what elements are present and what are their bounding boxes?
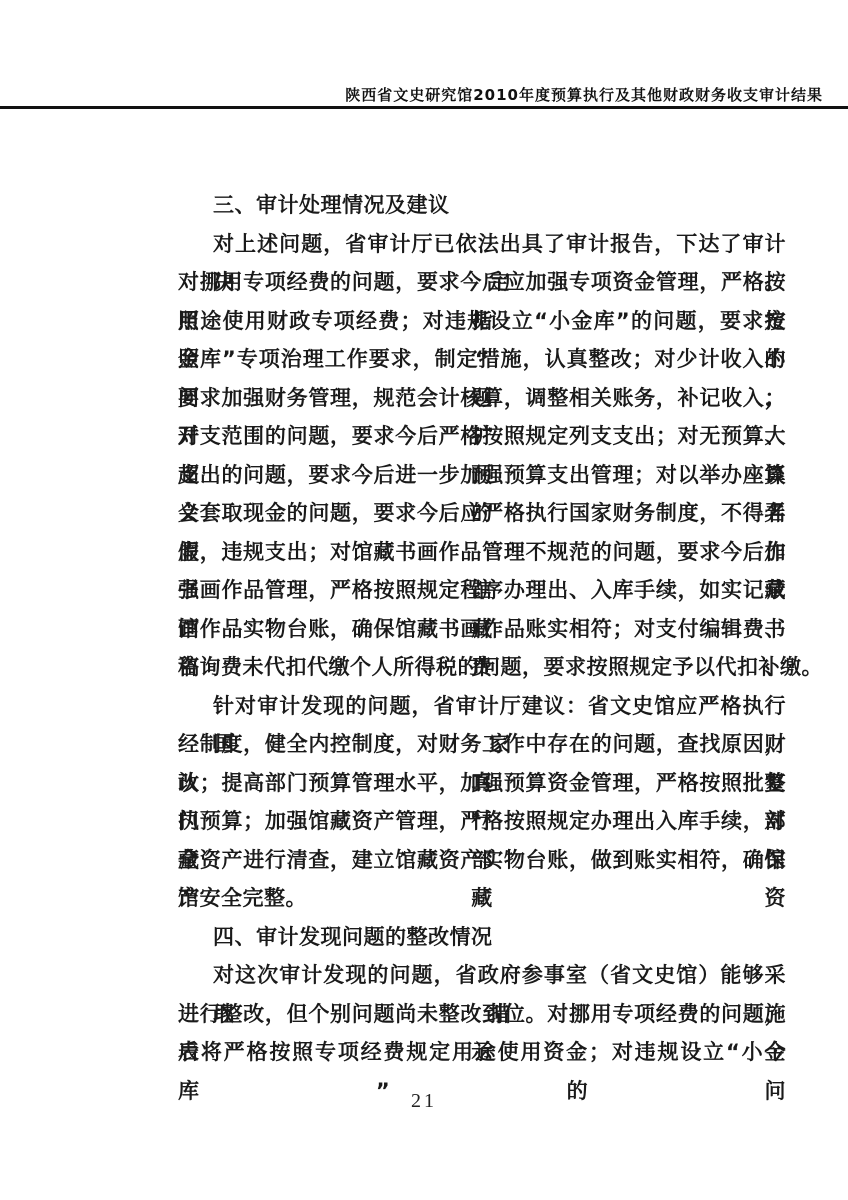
section-heading: 三、审计处理情况及建议 xyxy=(178,186,786,225)
document-body: 三、审计处理情况及建议对上述问题，省审计厅已依法出具了审计报告，下达了审计决定。… xyxy=(178,186,786,1072)
header-rule xyxy=(0,106,848,109)
body-line: 针对审计发现的问题，省审计厅建议：省文史馆应严格执行国家财 xyxy=(178,687,786,726)
body-line: 对上述问题，省审计厅已依法出具了审计报告，下达了审计决定。 xyxy=(178,225,786,264)
body-line: 开支范围的问题，要求今后严格按照规定列支支出；对无预算、超预算 xyxy=(178,417,786,456)
document-page: 陕西省文史研究馆2010年度预算执行及其他财政财务收支审计结果 三、审计处理情况… xyxy=(0,0,848,1200)
body-line: 进行整改，但个别问题尚未整改到位。对挪用专项经费的问题，表示今 xyxy=(178,995,786,1034)
body-line: 支出的问题，要求今后进一步加强预算支出管理；对以举办座谈会的名 xyxy=(178,456,786,495)
body-line: 假，违规支出；对馆藏书画作品管理不规范的问题，要求今后加强馆藏 xyxy=(178,533,786,572)
body-line: 要求加强财务管理，规范会计核算，调整相关账务，补记收入；对扩大 xyxy=(178,379,786,418)
section-heading: 四、审计发现问题的整改情况 xyxy=(178,918,786,957)
body-line: 经制度，健全内控制度，对财务工作中存在的问题，查找原因，认真整 xyxy=(178,725,786,764)
body-line: 对这次审计发现的问题，省政府参事室（省文史馆）能够采取措施 xyxy=(178,956,786,995)
body-line: 改；提高部门预算管理水平，加强预算资金管理，严格按照批复执行部 xyxy=(178,764,786,803)
body-line: 用途使用财政专项经费；对违规设立“小金库”的问题，要求按照“小 xyxy=(178,302,786,341)
body-line: 义套取现金的问题，要求今后应严格执行国家财务制度，不得弄虚作 xyxy=(178,494,786,533)
body-line: 书画作品管理，严格按照规定程序办理出、入库手续，如实记录馆藏书 xyxy=(178,571,786,610)
page-number: 21 xyxy=(0,1090,848,1113)
body-line: 咨询费未代扣代缴个人所得税的问题，要求按照规定予以代扣补缴。 xyxy=(178,648,786,687)
running-header-title: 陕西省文史研究馆2010年度预算执行及其他财政财务收支审计结果 xyxy=(345,84,823,105)
body-line: 对挪用专项经费的问题，要求今后应加强专项资金管理，严格按照指定 xyxy=(178,263,786,302)
body-line: 画作品实物台账，确保馆藏书画作品账实相符；对支付编辑费、稿费、 xyxy=(178,610,786,649)
body-line: 门预算；加强馆藏资产管理，严格按照规定办理出入库手续，对全部馆 xyxy=(178,802,786,841)
body-line: 金库”专项治理工作要求，制定措施，认真整改；对少计收入的问题， xyxy=(178,340,786,379)
body-line: 藏资产进行清查，建立馆藏资产实物台账，做到账实相符，确保馆藏资 xyxy=(178,841,786,880)
body-line: 后将严格按照专项经费规定用途使用资金；对违规设立“小金库”的问 xyxy=(178,1033,786,1072)
